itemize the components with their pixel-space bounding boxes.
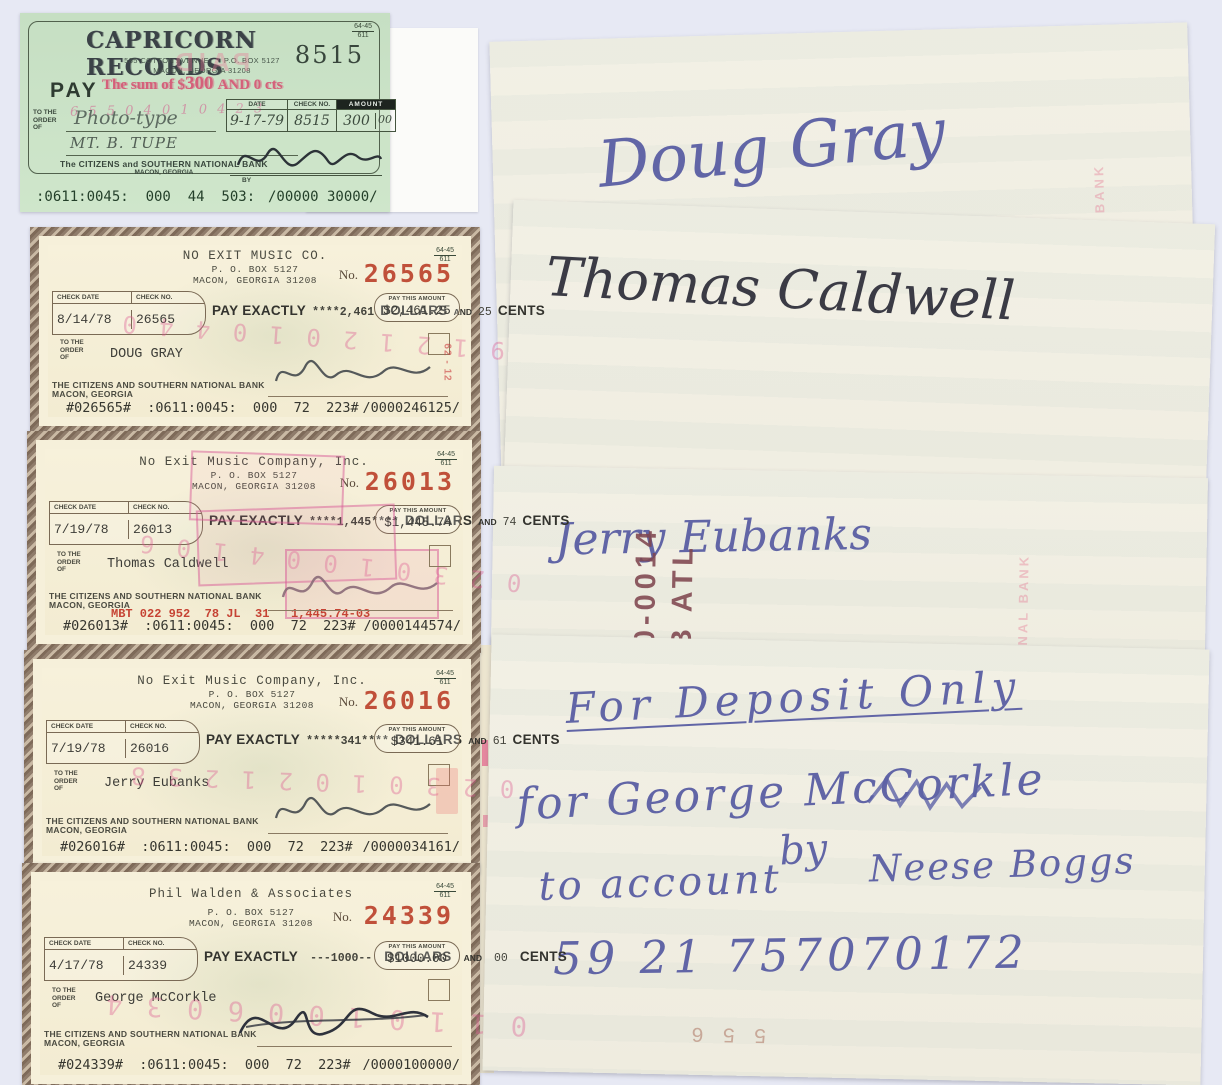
bank-name: The CITIZENS and SOUTHERN NATIONAL BANK … [60, 159, 268, 176]
check-inner: NO EXIT MUSIC CO. P. O. BOX 5127 MACON, … [48, 245, 462, 417]
micr-line: #026565# :0611:0045: 000 72 223# [66, 400, 359, 416]
signature-line [268, 833, 448, 834]
check-inner: No Exit Music Company, Inc. P. O. BOX 51… [45, 449, 463, 635]
check-date-header: CHECK DATE [47, 721, 126, 732]
amount-words: ---1000-- [310, 952, 372, 965]
bank-line2: MACON, GEORGIA [44, 1038, 125, 1048]
check-back-deposit-only: For Deposit Only for George McCorkle by … [483, 635, 1210, 1085]
meter-stamp: 62 - 12 [441, 343, 452, 381]
and-label: AND [468, 736, 486, 746]
pay-this-amount-label: PAY THIS AMOUNT [375, 725, 459, 733]
signature-line [268, 396, 448, 397]
pay-this-amount-label: PAY THIS AMOUNT [375, 294, 459, 302]
micr-amount: /0000144574/ [363, 618, 461, 634]
amount-column: AMOUNT 300 00 [337, 100, 395, 131]
date-box-headers: CHECK DATECHECK NO. [50, 502, 202, 514]
micr-amount: /0000100000/ [362, 1057, 460, 1073]
approval-square [429, 545, 451, 567]
check-number: 26016 [364, 686, 454, 715]
amount-value: $2,461.25 [375, 302, 459, 321]
deposit-by: by [778, 826, 829, 875]
order-line2: ORDER [52, 995, 76, 1003]
routing-fraction: 64-45611 [434, 670, 456, 687]
check-number: 24339 [364, 901, 454, 930]
micr-line: #026016# :0611:0045: 000 72 223# [60, 839, 353, 855]
check-date-value: 4/17/78 [45, 956, 124, 975]
date-box-values: 7/19/7826016 [47, 733, 199, 763]
order-line3: OF [60, 354, 84, 362]
scanned-checks-collage: NATIONAL BANK Doug Gray Thomas Caldwell … [0, 0, 1222, 1085]
check-capricorn-8515: 64-45 611 CAPRICORN RECORDS 535 COTTON A… [20, 13, 390, 212]
sum-stamp-amount: 300 [185, 73, 214, 94]
cents-label: CENTS [522, 513, 569, 528]
signature-scrawl [272, 786, 432, 830]
sum-stamp-post: AND 0 cts [217, 77, 282, 93]
order-of-label: TO THE ORDER OF [33, 109, 57, 132]
signature-scrawl [272, 349, 432, 393]
order-line2: ORDER [54, 778, 78, 786]
cents-value: 00 [494, 952, 508, 965]
check-inner: No Exit Music Company, Inc. P. O. BOX 51… [42, 668, 462, 856]
endorsement-jerry-eubanks: Jerry Eubanks [554, 509, 872, 566]
micr-amount: /0000034161/ [362, 839, 460, 855]
amount-value: $341.61 [375, 733, 459, 752]
order-line2: ORDER [60, 347, 84, 355]
sum-stamp: The sum of $300 AND 0 cts [102, 73, 282, 95]
check-date-header: CHECK DATE [45, 938, 124, 949]
check-date-value: 7/19/78 [47, 739, 126, 758]
no-label: No. [333, 909, 352, 925]
pay-this-amount-box: PAY THIS AMOUNT $2,461.25 [374, 293, 460, 322]
pay-this-amount-box: PAY THIS AMOUNT $1000.00 [374, 941, 460, 970]
fraction-top: 64-45 [434, 883, 456, 892]
check-no-header: CHECK NO. [126, 721, 170, 732]
by-label: BY [242, 177, 251, 185]
deposit-to-account: to account [538, 856, 783, 910]
check-no-header: CHECK NO. [132, 292, 176, 303]
check-no-header: CHECK NO. [124, 938, 168, 949]
bank-line2: MACON, GEORGIA [46, 825, 127, 835]
date-box-values: 4/17/7824339 [45, 950, 197, 980]
date-box: CHECK DATECHECK NO. 7/19/7826016 [46, 720, 200, 764]
order-line3: OF [57, 566, 81, 574]
payee-name: DOUG GRAY [110, 347, 183, 362]
check-noexit-26016: No Exit Music Company, Inc. P. O. BOX 51… [24, 650, 480, 874]
date-value: 9-17-79 [227, 110, 287, 131]
order-of-label: TO THE ORDER OF [57, 551, 81, 574]
cents-label: CENTS [498, 303, 545, 318]
signature-scrawl [279, 565, 439, 609]
cents-value: 61 [493, 735, 507, 748]
micr-amount: /00000 30000/ [268, 189, 378, 205]
pay-this-amount-box: PAY THIS AMOUNT $341.61 [374, 724, 460, 753]
micr-routing: :0611:0045: 000 44 503: [36, 189, 255, 205]
amount-words: ****2,461 [312, 306, 374, 319]
fraction-top: 64-45 [435, 451, 457, 460]
order-line1: TO THE [54, 770, 78, 778]
fraction-top: 64-45 [434, 247, 456, 256]
amount-dollars: 300 [338, 113, 376, 129]
check-inner: Phil Walden & Associates P. O. BOX 5127 … [40, 881, 462, 1075]
check-date-header: CHECK DATE [50, 502, 129, 513]
pay-exactly-label: PAY EXACTLY [212, 303, 306, 318]
order-of-label: TO THE ORDER OF [54, 770, 78, 793]
checkno-column: CHECK NO. 8515 [288, 100, 337, 131]
cents-label: CENTS [513, 732, 560, 747]
bank-line2: MACON, GEORGIA [52, 389, 133, 399]
date-box-headers: CHECK DATECHECK NO. [47, 721, 199, 733]
bank-line1: The CITIZENS and SOUTHERN NATIONAL BANK [60, 159, 268, 169]
pay-exactly-label: PAY EXACTLY [204, 949, 298, 964]
check-noexit-26565: NO EXIT MUSIC CO. P. O. BOX 5127 MACON, … [30, 227, 480, 435]
date-column: DATE 9-17-79 [227, 100, 288, 131]
check-date-value: 7/19/78 [50, 520, 129, 539]
micr-line: #024339# :0611:0045: 000 72 223# [58, 1057, 351, 1073]
signature-line [257, 1046, 452, 1047]
payee-handwritten: Photo-type [66, 107, 216, 132]
check-no-value: 26016 [126, 739, 173, 758]
check-number: 26565 [364, 259, 454, 288]
order-of-label: TO THE ORDER OF [52, 987, 76, 1010]
cents-value: 25 [478, 306, 492, 319]
and-label: AND [464, 953, 482, 963]
signature-scrawl [228, 987, 438, 1049]
pay-exactly-label: PAY EXACTLY [206, 732, 300, 747]
signature-line [268, 610, 453, 611]
deposit-agent: Neese Boggs [868, 839, 1136, 890]
red-stamp-mark [436, 768, 458, 814]
micr-amount: /0000246125/ [362, 400, 460, 416]
account-number: 59 21 757070172 [553, 926, 1030, 986]
routing-fraction: 64-45611 [435, 451, 457, 468]
cents-value: 74 [503, 516, 517, 529]
check-philwalden-24339: Phil Walden & Associates P. O. BOX 5127 … [22, 863, 480, 1085]
amount-value: $1000.00 [375, 950, 459, 969]
checkno-value: 8515 [288, 110, 336, 131]
and-label: AND [478, 517, 496, 527]
order-line3: OF [33, 124, 57, 132]
faint-digits: 5 5 6 [688, 1021, 766, 1046]
order-line2: ORDER [33, 117, 57, 125]
fraction-top: 64-45 [434, 670, 456, 679]
check-no-value: 24339 [124, 956, 171, 975]
check-noexit-26013: No Exit Music Company, Inc. P. O. BOX 51… [27, 431, 481, 653]
fraction-bottom: 611 [434, 892, 456, 900]
date-box-headers: CHECK DATECHECK NO. [53, 292, 205, 304]
order-line1: TO THE [57, 551, 81, 559]
pay-this-amount-label: PAY THIS AMOUNT [375, 942, 459, 950]
pay-label: PAY [50, 79, 99, 103]
sum-stamp-pre: The sum of $ [102, 77, 185, 93]
date-box-headers: CHECK DATECHECK NO. [45, 938, 197, 950]
checkno-header: CHECK NO. [288, 100, 336, 110]
order-line3: OF [54, 785, 78, 793]
company-name: Phil Walden & Associates [40, 887, 462, 901]
scribble-overwrite [866, 772, 987, 815]
amount-value: 300 00 [337, 110, 395, 131]
micr-line: #026013# :0611:0045: 000 72 223# [63, 618, 356, 634]
date-header: DATE [227, 100, 287, 110]
cents-label: CENTS [520, 949, 567, 964]
order-line3: OF [52, 1002, 76, 1010]
order-of-label: TO THE ORDER OF [60, 339, 84, 362]
check-number: 8515 [295, 41, 364, 69]
bank-line2: MACON, GEORGIA [60, 169, 268, 176]
date-box: CHECK DATECHECK NO. 4/17/7824339 [44, 937, 198, 981]
order-line1: TO THE [60, 339, 84, 347]
check-date-header: CHECK DATE [53, 292, 132, 303]
order-line1: TO THE [52, 987, 76, 995]
check-no-header: CHECK NO. [129, 502, 173, 513]
date-amount-table: DATE 9-17-79 CHECK NO. 8515 AMOUNT 300 0… [226, 99, 396, 132]
check-number: 26013 [365, 467, 455, 496]
order-line2: ORDER [57, 559, 81, 567]
amount-cents: 00 [376, 113, 394, 129]
order-line1: TO THE [33, 109, 57, 117]
routing-fraction: 64-45611 [434, 883, 456, 900]
amount-header: AMOUNT [337, 100, 395, 110]
no-label: No. [339, 694, 358, 710]
no-label: No. [339, 267, 358, 283]
